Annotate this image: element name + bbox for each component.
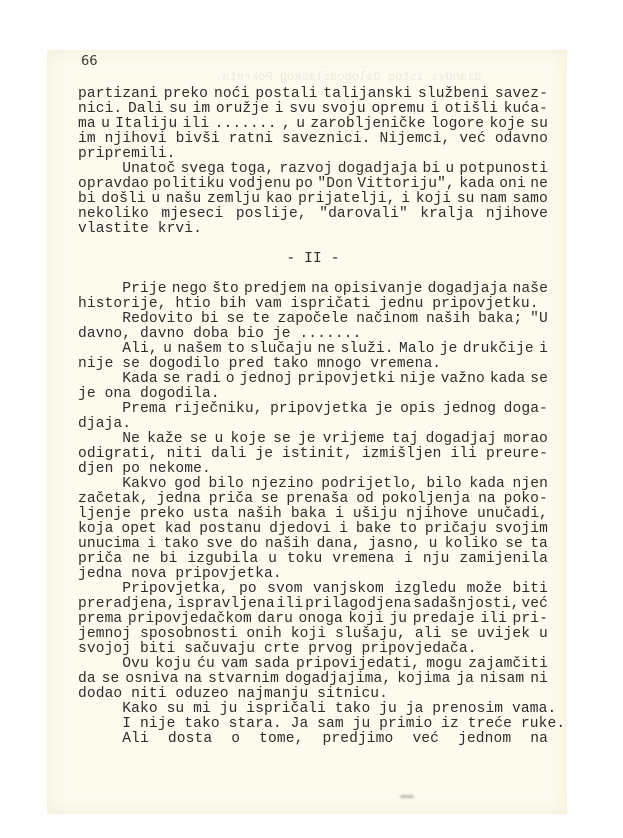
text-line: začetak,jednapričaseprenašaodpokoljenjan… [78,492,548,507]
text-line: Nekažeseukojesejevrijemetajdogadjajmorao [78,432,548,447]
text-line: historije, htio bih vam ispričati jednu … [78,297,548,312]
text-line: Kakvogodbilonjezinopodrijetlo,bilokadanj… [78,477,548,492]
text-line: Redovitobisetezapočelenačinomnašihbaka;"… [78,312,548,327]
text-line: Prijenegoštopredjemnaopisivanjedogadjaja… [78,282,548,297]
text-line: svojoj biti sačuvaju crte prvog pripovje… [78,642,548,657]
text-line: unucimaitakosvedonašihdana,jasno,ukoliko… [78,537,548,552]
text-line: preradjena,ispravljenailiprilagodjenasad… [78,597,548,612]
text-line: nici.Dalisuimoružjeisvusvojuopremuiotišl… [78,102,548,117]
spacer [78,267,548,282]
paragraphs-before-heading: partizaniprekonoćipostalitalijanskislužb… [78,87,548,237]
text-line: Alidostaotome,predjimovećjednomna [78,732,548,747]
text-line: Kadaseradiojednojpripovjetkinijevažnokad… [78,372,548,387]
text-line: partizaniprekonoćipostalitalijanskislužb… [78,87,548,102]
text-line: pričanebiizgubilautokuvremenainjuzamijen… [78,552,548,567]
text-line: imnjihovibivširatnisaveznici.Nijemci,već… [78,132,548,147]
text-line: premapripovjedačkomdaruonogakojijupredaj… [78,612,548,627]
spacer [78,237,548,252]
text-line: Premariječniku,pripovjetkajeopisjednogdo… [78,402,548,417]
paragraphs-after-heading: Prijenegoštopredjemnaopisivanjedogadjaja… [78,282,548,747]
scan-smudge [400,795,414,798]
text-line: Unatočsvegatoga,razvojdogadjajabiupotpun… [78,162,548,177]
text-line: pripremili. [78,147,548,162]
text-line: I nije tako stara. Ja sam ju primio iz t… [78,717,548,732]
text-line: Ali,unašemtoslučajunesluži.Malojedrukčij… [78,342,548,357]
text-line: je ona dogodila. [78,387,548,402]
text-line: kojaopetkadpostanudjedoviibaketopričajus… [78,522,548,537]
text-line: jedna nova pripovjetka. [78,567,548,582]
text-line: djen po nekome. [78,462,548,477]
text-line: odigrati,nitidalijeistinit,izmišljenilip… [78,447,548,462]
text-line: opravdaopolitikuvodjenupo"DonVittoriju",… [78,177,548,192]
text-line: nije se dogodilo pred tako mnogo vremena… [78,357,548,372]
text-line: mauItalijuili.......,uzarobljeničkelogor… [78,117,548,132]
text-line: dodao niti oduzeo najmanju sitnicu. [78,687,548,702]
section-heading: - II - [78,252,548,267]
text-line: davno, davno doba bio je ....... [78,327,548,342]
text-line: nekolikomjeseciposlije,"darovali"kraljan… [78,207,548,222]
text-line: daseosnivanastvarnimdogadjajima,kojimaja… [78,672,548,687]
text-line: jemnojsposobnostionihkojislušaju,aliseuv… [78,627,548,642]
page-number: 66 [81,54,98,69]
body-text: partizaniprekonoćipostalitalijanskislužb… [78,87,548,747]
text-line: ljenjeprekoustanašihbakaiušijunjihoveunu… [78,507,548,522]
text-line: vlastite krvi. [78,222,548,237]
text-line: Ovukojućuvamsadapripovijedati,moguzajamč… [78,657,548,672]
text-line: Pripovjetka,posvomvanjskomizgledumožebit… [78,582,548,597]
text-line: Kako su mi ju ispričali tako ju ja preno… [78,702,548,717]
text-line: djaja. [78,417,548,432]
text-line: bidošliunašuzemljukaoprijatelji,ikojisun… [78,192,548,207]
